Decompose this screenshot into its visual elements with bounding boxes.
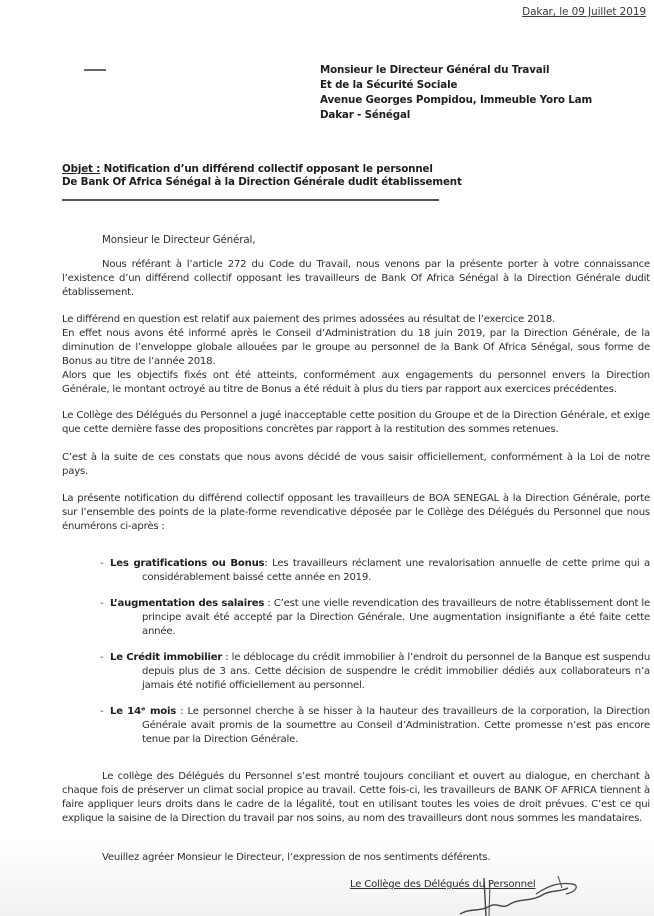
paragraph-text: Le différend en question est relatif aux… <box>62 313 650 327</box>
recipient-line: Avenue Georges Pompidou, Immeuble Yoro L… <box>320 93 592 108</box>
paragraph-text: Le collège des Délégués du Personnel s’e… <box>62 770 650 826</box>
claim-term: L’augmentation des salaires <box>110 598 264 609</box>
bullet-dash-icon: - <box>100 557 110 571</box>
bullet-dash-icon: - <box>100 705 110 719</box>
paragraph-college-position: Le Collège des Délégués du Personnel a j… <box>62 409 650 437</box>
letter-date: Dakar, le 09 Juillet 2019 <box>522 6 646 18</box>
decorative-dash <box>84 69 106 71</box>
bullet-dash-icon: - <box>100 597 110 611</box>
claim-term: Le 14ᵉ mois <box>110 706 176 717</box>
recipient-line: Dakar - Sénégal <box>320 108 592 123</box>
paragraph-text: Alors que les objectifs fixés ont été at… <box>62 369 650 397</box>
subject-line-2: De Bank Of Africa Sénégal à la Direction… <box>62 176 462 189</box>
paragraph-text: La présente notification du différend co… <box>62 492 650 534</box>
paragraph-text: Nous référant à l’article 272 du Code du… <box>62 258 650 300</box>
claim-item-bonus: -Les gratifications ou Bonus: Les travai… <box>100 557 650 585</box>
claim-term: Le Crédit immobilier <box>110 652 222 663</box>
claim-item-salary-increase: -L’augmentation des salaires : C’est une… <box>100 597 650 639</box>
claim-item-housing-credit: -Le Crédit immobilier : le déblocage du … <box>100 651 650 693</box>
recipient-line: Monsieur le Directeur Général du Travail <box>320 63 592 78</box>
subject-line-1: Notification d’un différend collectif op… <box>100 163 433 175</box>
paragraph-text: En effet nous avons été informé après le… <box>62 327 650 369</box>
claim-text: Le personnel cherche à se hisser à la ha… <box>142 706 650 745</box>
subject-label: Objet : <box>62 163 100 175</box>
paragraph-notification-scope: La présente notification du différend co… <box>62 492 650 534</box>
claim-item-14th-month: -Le 14ᵉ mois : Le personnel cherche à se… <box>100 705 650 747</box>
paragraph-text: Le Collège des Délégués du Personnel a j… <box>62 409 650 437</box>
recipient-address-block: Monsieur le Directeur Général du Travail… <box>320 63 592 123</box>
subject-underline-rule <box>62 199 439 201</box>
bullet-dash-icon: - <box>100 651 110 665</box>
claims-list: -Les gratifications ou Bonus: Les travai… <box>100 557 650 759</box>
paragraph-intro: Nous référant à l’article 272 du Code du… <box>62 258 650 300</box>
paragraph-text: C’est à la suite de ces constats que nou… <box>62 451 650 479</box>
letter-page: Dakar, le 09 Juillet 2019 Monsieur le Di… <box>0 0 654 916</box>
handwritten-signature-icon <box>440 872 590 916</box>
salutation: Monsieur le Directeur Général, <box>102 234 255 246</box>
paragraph-formal-referral: C’est à la suite de ces constats que nou… <box>62 451 650 479</box>
subject-block: Objet : Notification d’un différend coll… <box>62 163 462 189</box>
paragraph-conciliation: Le collège des Délégués du Personnel s’e… <box>62 770 650 826</box>
recipient-line: Et de la Sécurité Sociale <box>320 78 592 93</box>
paragraph-dispute-details: Le différend en question est relatif aux… <box>62 313 650 397</box>
claim-term: Les gratifications ou Bonus <box>110 558 264 569</box>
closing-formula: Veuillez agréer Monsieur le Directeur, l… <box>102 852 490 863</box>
